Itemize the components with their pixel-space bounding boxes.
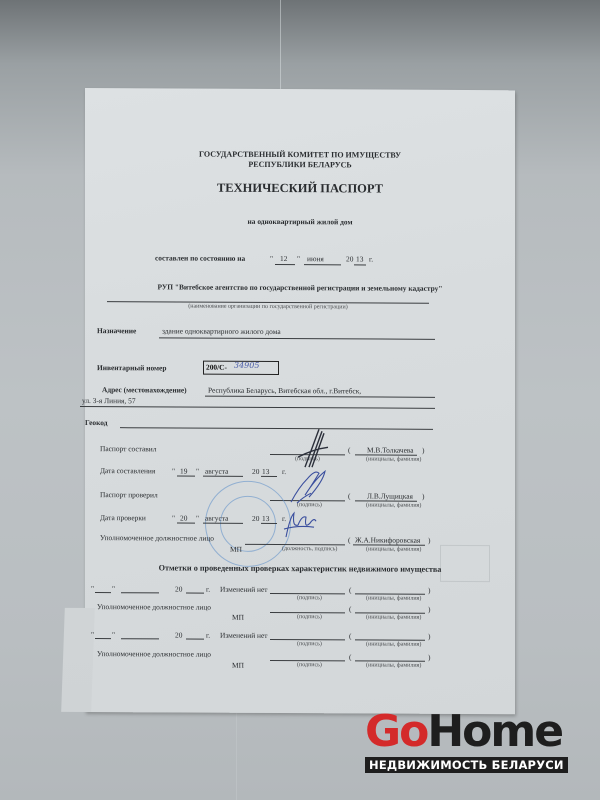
purpose-value: здание одноквартирного жилого дома [162, 326, 281, 336]
month-blank [121, 592, 159, 593]
document-title: ТЕХНИЧЕСКИЙ ПАСПОРТ [85, 180, 515, 197]
paren-open: ( [349, 652, 351, 661]
name-caption: (инициалы, фамилия) [366, 614, 421, 620]
compiled-date-year-prefix: 20 [252, 467, 259, 476]
entry1-year-unit: г. [206, 585, 210, 594]
geocode-label: Геокод [85, 418, 108, 427]
check-date-day: 20 [180, 513, 187, 522]
signature-nikiforovskaya-icon [280, 507, 320, 542]
brand-home: Home [427, 706, 562, 757]
brand-wordmark: GoHome [365, 708, 568, 756]
year-blank [186, 639, 204, 640]
mp-label: МП [230, 545, 242, 554]
signature-line [270, 593, 345, 594]
state-date-year-prefix: 20 [346, 254, 353, 263]
technical-passport-document: ГОСУДАРСТВЕННЫЙ КОМИТЕТ ПО ИМУЩЕСТВУ РЕС… [85, 88, 515, 714]
authorized-label: Уполномоченное должностное лицо [100, 533, 214, 543]
brand-go: Go [365, 706, 427, 757]
day-blank [95, 638, 111, 639]
name-caption: (инициалы, фамилия) [366, 546, 421, 552]
paren-close: ) [428, 653, 430, 662]
signature-line [270, 639, 345, 640]
bleed-through-mark [440, 545, 490, 582]
underline [203, 476, 243, 477]
compiled-by-name: М.В.Толкачева [367, 445, 414, 454]
underline [80, 406, 435, 409]
inventory-handwritten: 34905 [234, 361, 259, 370]
paren-open: ( [348, 491, 350, 500]
wall-seam [236, 713, 237, 800]
underline [355, 500, 417, 501]
quote-mark: " [196, 467, 199, 476]
signature-caption: (должность, подпись) [282, 546, 337, 552]
entry2-mp: МП [232, 661, 244, 670]
address-line2: ул. 3-я Линия, 57 [82, 396, 136, 405]
brand-tagline: НЕДВИЖИМОСТЬ БЕЛАРУСИ [365, 757, 568, 773]
signature-line [270, 612, 345, 613]
paper-fold [61, 608, 95, 712]
paren-close: ) [428, 586, 430, 595]
signature-line [270, 660, 345, 661]
quote-mark: " [172, 466, 175, 475]
underline [159, 337, 435, 339]
compiled-by-label: Паспорт составил [100, 444, 156, 453]
entry1-year-prefix: 20 [175, 584, 182, 593]
header-line2: РЕСПУБЛИКИ БЕЛАРУСЬ [85, 159, 515, 170]
entry1-authorized-label: Уполномоченное должностное лицо [97, 602, 211, 612]
name-caption: (инициалы, фамилия) [366, 641, 421, 647]
underline [275, 264, 295, 265]
compiled-date-year-suffix: 13 [262, 467, 269, 476]
inventory-prefix: 200/С- [206, 363, 227, 372]
address-label: Адрес (местонахождение) [102, 385, 187, 394]
underline [354, 264, 366, 265]
address-line1: Республика Беларусь, Витебская обл., г.В… [208, 386, 361, 396]
document-subtitle: на одноквартирный жилой дом [85, 216, 515, 227]
entry2-authorized-label: Уполномоченное должностное лицо [97, 649, 211, 659]
quote-mark: " [112, 630, 115, 639]
underline [203, 523, 243, 524]
compiled-date-label: Дата составления [100, 466, 155, 475]
quote-mark: " [196, 514, 199, 523]
check-date-year-prefix: 20 [252, 514, 259, 523]
name-caption: (инициалы, фамилия) [366, 502, 421, 508]
underline [177, 475, 195, 476]
state-date-label: составлен по состоянию на [155, 253, 245, 262]
entry2-no-changes: Изменений нет [220, 631, 268, 640]
organization-name: РУП "Витебское агентство по государствен… [97, 282, 503, 293]
underline [355, 454, 417, 455]
signature-caption: (подпись) [297, 614, 322, 620]
gohome-watermark-logo: GoHome НЕДВИЖИМОСТЬ БЕЛАРУСИ [365, 708, 568, 774]
check-date-year-suffix: 13 [262, 514, 269, 523]
paren-open: ( [349, 585, 351, 594]
underline [261, 476, 277, 477]
checked-by-label: Паспорт проверил [100, 490, 158, 499]
underline [120, 427, 433, 430]
entry2-year-prefix: 20 [175, 630, 182, 639]
state-date-day: 12 [280, 254, 287, 263]
checks-section-title: Отметки о проведенных проверках характер… [85, 563, 515, 574]
inventory-number-box: 200/С- 34905 [203, 361, 279, 375]
quote-mark: " [270, 254, 273, 263]
underline [177, 522, 195, 523]
paren-open: ( [349, 604, 351, 613]
paren-close: ) [428, 632, 430, 641]
paren-open: ( [348, 535, 350, 544]
paren-close: ) [422, 446, 424, 455]
month-blank [121, 638, 159, 639]
state-date-year-suffix: 13 [356, 254, 363, 263]
quote-mark: " [112, 584, 115, 593]
paren-close: ) [422, 492, 424, 501]
paren-close: ) [428, 536, 430, 545]
day-blank [95, 592, 111, 593]
compiled-date-day: 19 [180, 466, 187, 475]
signature-lushchitskaya-icon [285, 467, 335, 512]
quote-mark: " [91, 584, 94, 593]
check-date-month: августа [205, 514, 228, 523]
paren-close: ) [428, 605, 430, 614]
underline [261, 523, 277, 524]
state-date-month: июня [307, 254, 324, 263]
paren-open: ( [348, 445, 350, 454]
authorized-name: Ж.А.Никифоровская [355, 535, 420, 544]
quote-mark: " [297, 254, 300, 263]
wall-seam [280, 0, 281, 100]
underline [304, 264, 341, 265]
signature-tolkacheva-icon [293, 427, 333, 472]
purpose-label: Назначение [97, 326, 136, 335]
signature-caption: (подпись) [297, 595, 322, 601]
name-caption: (инициалы, фамилия) [366, 456, 421, 462]
quote-mark: " [91, 630, 94, 639]
state-date-year-unit: г. [369, 254, 373, 263]
name-caption: (инициалы, фамилия) [366, 595, 421, 601]
entry1-no-changes: Изменений нет [220, 585, 268, 594]
year-blank [186, 593, 204, 594]
compiled-date-month: августа [205, 467, 228, 476]
official-stamp [205, 481, 291, 567]
check-date-label: Дата проверки [100, 513, 146, 522]
organization-caption: (наименование организации по государстве… [85, 303, 451, 311]
paren-open: ( [349, 631, 351, 640]
signature-caption: (подпись) [297, 662, 322, 668]
checked-by-name: Л.В.Лущицкая [367, 491, 413, 500]
entry2-year-unit: г. [206, 631, 210, 640]
inventory-label: Инвентарный номер [97, 363, 166, 372]
quote-mark: " [172, 513, 175, 522]
entry1-mp: МП [232, 613, 244, 622]
underline [353, 544, 425, 545]
underline [205, 396, 435, 398]
signature-caption: (подпись) [297, 641, 322, 647]
name-caption: (инициалы, фамилия) [366, 662, 421, 668]
